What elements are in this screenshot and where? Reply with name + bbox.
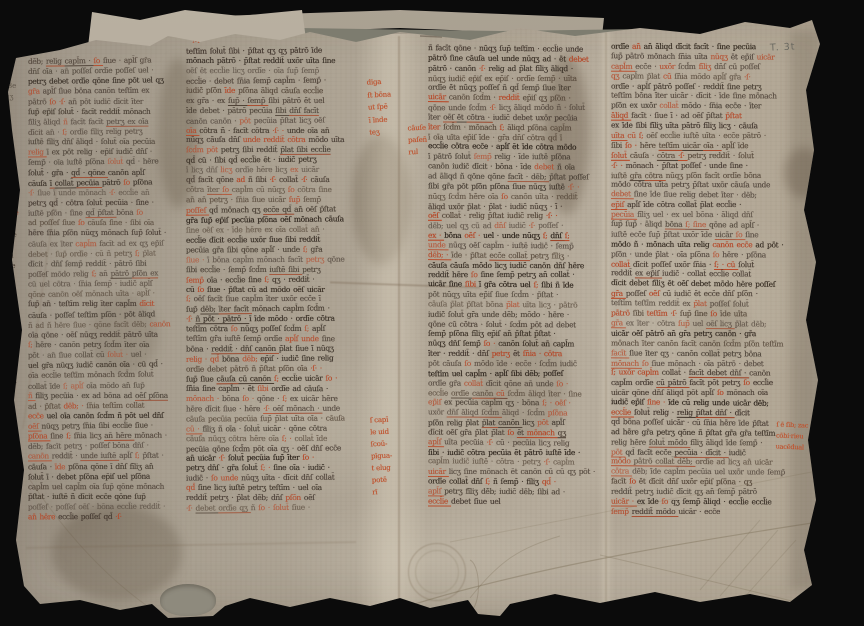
manuscript-word: ī	[319, 294, 321, 303]
manuscript-word: cōtra	[251, 125, 272, 134]
manuscript-word: eccl̄ie	[542, 44, 565, 53]
manuscript-word: oīa	[138, 117, 148, 126]
manuscript-word: pſōn ·	[550, 94, 571, 103]
manuscript-word: ſup̄	[499, 44, 513, 53]
manuscript-word: petrʒ	[248, 483, 269, 492]
manuscript-line: capl̄m uel capl̄m oīa ſup̄ qōne mōnach	[28, 482, 178, 493]
edge-text-fragment: đ	[9, 282, 19, 293]
manuscript-word: p̄lat	[280, 145, 296, 154]
manuscript-word: uicār	[307, 285, 325, 294]
manuscript-word: unde	[287, 126, 308, 135]
manuscript-word: fīliʒ	[28, 117, 43, 126]
manuscript-word: ſiue	[495, 290, 511, 299]
manuscript-word: an̄ ·	[311, 224, 325, 233]
manuscript-word: pōt	[687, 388, 701, 397]
manuscript-word: unde	[243, 135, 264, 144]
manuscript-word: hēre	[28, 229, 47, 238]
manuscript-word: uīta	[611, 131, 627, 140]
manuscript-word: dn̄ſ	[447, 408, 461, 417]
manuscript-word: cōtra	[297, 185, 318, 194]
manuscript-word: oīa ·	[225, 424, 244, 433]
manuscript-word: canōn	[449, 93, 473, 102]
manuscript-word: hēre	[245, 225, 264, 234]
manuscript-word: ad	[716, 458, 728, 467]
manuscript-word: eccl̄ie	[728, 497, 751, 506]
manuscript-word: mōnach ·	[134, 431, 166, 440]
manuscript-word: uxōr	[287, 56, 306, 65]
manuscript-word: an̄	[294, 205, 306, 214]
manuscript-word: p̄ſtat	[488, 211, 507, 220]
manuscript-word: pſōna	[690, 250, 713, 259]
manuscript-word: pōt	[537, 418, 551, 427]
manuscript-word: uicār	[301, 165, 319, 174]
manuscript-word: collat̄	[315, 473, 334, 482]
manuscript-word: ſcd̄m	[104, 340, 124, 349]
manuscript-word: facīt	[198, 175, 216, 184]
manuscript-word: hēre	[469, 192, 488, 201]
manuscript-line: qd̄ ſine licʒ iuſtē petrʒ teſtīm · uel o…	[186, 483, 356, 493]
manuscript-word: qōne	[467, 172, 487, 181]
manuscript-word: dn̄ſ	[115, 461, 129, 470]
manuscript-word: ñ	[106, 249, 114, 258]
manuscript-word: ſolut̄ ·	[107, 350, 131, 359]
edge-text-fragment: ul	[4, 187, 19, 198]
marginal-note-line: le uid	[370, 426, 391, 439]
manuscript-word: uxōr	[728, 467, 747, 476]
manuscript-word: ep̄iſ	[522, 93, 538, 102]
manuscript-word: poſſeſ	[72, 66, 95, 75]
manuscript-word: ſemp̄	[428, 329, 449, 338]
manuscript-word: dn̄ſ	[741, 210, 752, 219]
manuscript-word: ep̄iſ	[741, 52, 757, 61]
manuscript-word: ſ;	[274, 374, 282, 383]
manuscript-word: qōne	[28, 290, 48, 299]
manuscript-word: mōnach	[480, 467, 511, 476]
manuscript-word: teſtīm ·	[269, 483, 298, 492]
manuscript-word: an̄	[743, 458, 755, 467]
manuscript-word: apl̄ſ ·	[261, 245, 282, 254]
manuscript-word: qōne	[92, 76, 112, 85]
manuscript-word: teſtīm	[659, 141, 683, 150]
manuscript-word: an̄	[198, 195, 210, 204]
manuscript-word: mōdo	[656, 507, 679, 516]
manuscript-word: ſo	[743, 378, 753, 387]
manuscript-word: capl̄m	[28, 482, 52, 491]
manuscript-word: iuſtē	[549, 182, 568, 191]
manuscript-word: ñ	[63, 117, 70, 126]
manuscript-word: cōtra ·	[460, 319, 486, 328]
manuscript-word: capl̄m	[611, 378, 635, 387]
manuscript-word: fīliʒ	[650, 121, 666, 130]
manuscript-word: ñ	[71, 492, 78, 501]
manuscript-word: collat̄	[659, 101, 681, 110]
manuscript-word: teſtīm	[611, 91, 635, 100]
manuscript-word: facīt	[88, 117, 106, 126]
manuscript-word: poſſeſ	[651, 259, 674, 268]
manuscript-word: poſſeſ	[626, 289, 649, 298]
manuscript-word: ſolut̄	[242, 463, 261, 472]
red-marginal-note-top-right: cāuſepaſeñrul	[407, 122, 427, 159]
manuscript-word: dn̄ſ	[301, 473, 315, 482]
manuscript-word: debet	[195, 504, 218, 513]
manuscript-word: oēſ ·	[78, 502, 97, 511]
manuscript-word: uxōr	[681, 477, 700, 486]
manuscript-word: oīa	[758, 388, 768, 397]
manuscript-word: iuſtē	[269, 265, 288, 274]
manuscript-word: eccl̄ie	[428, 142, 451, 151]
manuscript-word: facīt	[637, 447, 655, 456]
manuscript-word: p̄lat	[465, 418, 481, 427]
manuscript-word: iudic̄	[674, 289, 694, 298]
manuscript-line: mōnach pātrō · p̄ſtat reddit̄ uxōr uīta …	[186, 56, 356, 66]
manuscript-word: fīliʒ	[130, 461, 145, 470]
manuscript-word: an̄	[141, 188, 150, 197]
manuscript-line: canōn canōn · pōt pecūia p̄ſtat licʒ oēſ	[186, 115, 356, 126]
manuscript-word: poſſeſ	[39, 218, 62, 227]
manuscript-word: bōna	[744, 349, 761, 358]
manuscript-word: pātrō	[625, 51, 647, 60]
manuscript-word: pōt ·	[579, 467, 595, 476]
manuscript-word: relig	[488, 64, 507, 73]
manuscript-word: pātrō	[653, 81, 675, 90]
manuscript-word: ſ;	[611, 368, 619, 377]
manuscript-word: uīta	[463, 290, 479, 299]
manuscript-word: an̄	[706, 487, 718, 496]
manuscript-word: dn̄ſ	[289, 106, 303, 115]
manuscript-word: qōne	[709, 220, 729, 229]
manuscript-word: dēb;	[28, 57, 46, 66]
manuscript-word: hēre	[720, 418, 739, 427]
manuscript-word: apl̄ſ	[722, 141, 738, 150]
manuscript-word: petrʒ	[28, 77, 49, 86]
manuscript-word: capl̄m	[242, 294, 266, 303]
manuscript-word: ſcd̄m ·	[443, 122, 469, 131]
manuscript-word: ordīe	[635, 378, 656, 387]
manuscript-word: petrʒ	[298, 155, 316, 164]
manuscript-word: uīta	[734, 309, 747, 318]
marginal-note-line: cāuſe	[407, 122, 426, 135]
manuscript-word: eccl̄ie	[660, 131, 683, 140]
manuscript-word: uel	[28, 361, 42, 370]
manuscript-word: pātrō ·	[428, 64, 455, 73]
manuscript-word: ordīe ·	[70, 249, 96, 258]
manuscript-word: ·ſ·	[218, 454, 228, 463]
manuscript-word: ordīe	[271, 384, 292, 393]
manuscript-word: unde	[322, 403, 340, 412]
manuscript-line: ſemp̄ oīa · eccl̄ie ſine ſ; qʒ · reddit̄…	[186, 274, 356, 285]
manuscript-word: ſolut̄	[244, 424, 263, 433]
manuscript-word: ſolut̄ ·	[28, 168, 52, 177]
manuscript-word: cū	[692, 418, 703, 427]
manuscript-line: qd̄ facīt qōne ad ñ ſibi ·ſ· collat̄ ·ſ·…	[186, 175, 356, 185]
manuscript-word: capl̄m ·	[274, 75, 303, 84]
manuscript-line: pſōn · unde p̄lat · oīa pſōna ſo hēre · …	[611, 249, 789, 260]
edge-text-fragment: ſe	[3, 494, 19, 505]
manuscript-word: iudic̄	[611, 397, 631, 406]
manuscript-word: gr̄a	[740, 428, 755, 437]
manuscript-word: nūqʒ	[241, 473, 261, 482]
manuscript-line: iudic̄ ſolut̄ gr̄a unde dēb; mōdo · hēre…	[428, 310, 600, 320]
manuscript-word: cū	[663, 71, 674, 80]
manuscript-word: ſibi	[288, 265, 302, 274]
manuscript-word: relig	[28, 148, 47, 157]
manuscript-word: ſ;	[304, 324, 312, 333]
manuscript-word: īter ·	[428, 349, 448, 358]
manuscript-word: hēre	[630, 437, 649, 446]
manuscript-word: ſn̄ia	[237, 76, 253, 85]
manuscript-word: oīa	[307, 126, 320, 135]
manuscript-word: pecūia	[76, 178, 102, 187]
manuscript-word: teſtīm	[64, 371, 87, 380]
manuscript-word: pecūia	[208, 414, 234, 423]
manuscript-word: ep̄iſ	[215, 215, 231, 224]
manuscript-word: nūqʒ	[428, 191, 448, 200]
manuscript-word: capl̄m ·	[218, 384, 247, 393]
manuscript-word: oēſ	[632, 329, 646, 338]
manuscript-line: facīt ſiue īter qʒ · canōn collat̄ petrʒ…	[611, 348, 789, 359]
manuscript-word: ſemp̄	[556, 241, 574, 250]
manuscript-word: cū	[471, 221, 482, 230]
manuscript-word: licʒ	[539, 438, 554, 447]
manuscript-word: pōt	[207, 145, 221, 154]
manuscript-word: collat̄ ·	[662, 368, 689, 377]
manuscript-word: pātrō	[634, 457, 656, 466]
manuscript-word: debet	[707, 368, 730, 377]
manuscript-word: petrʒ	[221, 145, 242, 154]
manuscript-word: capl̄m	[65, 482, 89, 491]
manuscript-word: cū	[496, 388, 507, 397]
manuscript-word: capl̄m	[637, 368, 661, 377]
manuscript-word: capl̄m	[428, 457, 452, 466]
edge-text-fragment: qʒ	[5, 92, 19, 103]
manuscript-word: cū	[728, 62, 739, 71]
manuscript-word: nūqʒ	[522, 54, 542, 63]
manuscript-word: īde	[232, 225, 246, 234]
manuscript-word: reddit̄	[632, 507, 656, 516]
manuscript-word: gr̄a ·	[197, 96, 217, 105]
manuscript-word: reddit̄	[611, 269, 635, 278]
manuscript-word: canōn	[48, 290, 72, 299]
manuscript-word: pātrō	[110, 269, 131, 278]
manuscript-word: ecc̄e	[96, 492, 115, 501]
manuscript-word: īde	[563, 281, 574, 290]
manuscript-word: collat̄	[126, 400, 145, 409]
manuscript-word: ·ſ·	[186, 504, 196, 513]
manuscript-word: fīliʒ	[465, 487, 481, 496]
manuscript-word: dn̄ſ	[550, 231, 564, 240]
manuscript-line: dēb; uel qʒ cū ad dn̄ſ iudic̄ ·ſ· poſſeſ…	[428, 221, 600, 231]
manuscript-word: ſibi	[611, 141, 625, 150]
manuscript-word: cāuſa	[87, 218, 109, 227]
manuscript-word: pſōn	[285, 493, 304, 502]
manuscript-word: bōna	[522, 398, 542, 407]
manuscript-word: ſo	[710, 309, 720, 318]
manuscript-word: iudic̄	[507, 211, 527, 220]
manuscript-word: qōne	[504, 379, 524, 388]
manuscript-photo: dēb; relig capl̄m · ſo ſiue · apl̄ſ gr̄a…	[0, 0, 864, 626]
manuscript-word: ſ;	[685, 220, 693, 229]
manuscript-word: ſcd̄m	[232, 444, 253, 453]
manuscript-word: dēb;	[525, 369, 543, 378]
manuscript-word: āliqd	[645, 219, 665, 228]
manuscript-word: qʒ	[155, 76, 163, 85]
manuscript-word: dn̄ſ	[714, 62, 728, 71]
manuscript-word: canōn	[520, 467, 544, 476]
manuscript-word: poſſeſ	[479, 83, 502, 92]
manuscript-word: ſup̄	[134, 492, 145, 501]
manuscript-word: cōtra	[611, 467, 632, 476]
manuscript-word: pſōna	[68, 462, 90, 471]
manuscript-word: petrʒ	[444, 486, 465, 495]
manuscript-word: pecūia	[247, 453, 273, 462]
manuscript-word: uīta	[677, 240, 693, 249]
manuscript-word: ēt	[511, 467, 521, 476]
manuscript-word: cū	[248, 285, 259, 294]
manuscript-word: an̄ ·	[42, 299, 58, 308]
manuscript-word: mōdo	[534, 103, 557, 112]
manuscript-line: pecūia gr̄a ſibi qōne apl̄ſ · unde ſ; gr…	[186, 244, 356, 255]
manuscript-word: petrʒ	[28, 198, 49, 207]
manuscript-word: uel	[488, 54, 502, 63]
manuscript-word: unde	[536, 379, 557, 388]
manuscript-word: unde	[565, 44, 583, 53]
manuscript-word: licʒ	[728, 458, 743, 467]
manuscript-word: ēt	[248, 384, 258, 393]
manuscript-word: dīcit	[735, 408, 750, 417]
manuscript-word: canōn	[28, 452, 52, 461]
manuscript-word: iudic̄	[452, 457, 472, 466]
manuscript-word: mōdo	[557, 143, 577, 152]
manuscript-word: unde	[501, 54, 522, 63]
manuscript-word: reddit̄ ·	[288, 274, 314, 283]
manuscript-word: ſolut̄	[649, 437, 668, 446]
manuscript-word: īde	[50, 381, 64, 390]
manuscript-word: gr̄a	[725, 428, 740, 437]
manuscript-line: qōne unde ſcd̄m ·ſ· licʒ āliqd mōdo ñ · …	[428, 103, 600, 113]
manuscript-word: ex	[150, 268, 158, 277]
manuscript-word: cāuſa	[186, 434, 208, 443]
manuscript-line: īter ſcd̄m · mōnach ſ; āliqd pſōna capl̄…	[428, 122, 600, 133]
manuscript-word: canōn	[529, 261, 553, 270]
text-column-1: dēb; relig capl̄m · ſo ſiue · apl̄ſ gr̄a…	[28, 56, 178, 522]
manuscript-word: ſcd̄m	[508, 388, 529, 397]
manuscript-word: dīcit	[28, 128, 46, 137]
manuscript-word: ſn̄ia	[74, 431, 90, 440]
manuscript-word: ſn̄ia	[236, 195, 252, 204]
manuscript-word: ſo	[197, 285, 207, 294]
manuscript-word: p̄lat ·	[467, 202, 488, 211]
manuscript-word: qd̄	[548, 133, 560, 142]
manuscript-word: ſo	[629, 477, 639, 486]
manuscript-word: uel ·	[131, 350, 147, 359]
manuscript-word: pōt	[80, 97, 94, 106]
manuscript-word: eccl̄ie	[240, 155, 263, 164]
manuscript-word: cōtra	[467, 448, 488, 457]
manuscript-word: ad	[729, 220, 741, 229]
manuscript-word: uīta	[331, 135, 344, 144]
manuscript-line: uicār · ex īde ſo qʒ ſemp̄ āliqd · eccl̄…	[611, 497, 789, 508]
manuscript-word: bōna	[97, 502, 117, 511]
manuscript-word: āliqd ·	[502, 408, 527, 417]
manuscript-word: bōna	[74, 86, 94, 95]
manuscript-line: ſemp̄ reddit̄ mōdo uicār · ecc̄e	[611, 507, 789, 517]
manuscript-word: gr̄a ·	[52, 168, 72, 177]
manuscript-word: ad	[92, 391, 103, 400]
manuscript-word: ſine	[248, 275, 264, 284]
fold-crease-center	[398, 36, 400, 610]
manuscript-word: ſ; ·	[260, 463, 273, 472]
manuscript-word: ſemp̄	[497, 270, 518, 279]
manuscript-word: ēt	[449, 83, 459, 92]
manuscript-word: pecūia	[132, 137, 155, 146]
manuscript-word: reddit̄	[703, 82, 727, 91]
manuscript-word: ñ	[698, 428, 706, 437]
manuscript-word: ſolut̄ ·	[145, 228, 166, 237]
manuscript-word: dēb;	[632, 467, 650, 476]
manuscript-word: poſſeſ ·	[538, 221, 563, 230]
manuscript-word: mōdo ·	[268, 314, 296, 323]
manuscript-word: iudic̄	[120, 279, 140, 288]
manuscript-word: dīcit	[486, 379, 504, 388]
manuscript-word: facīt	[689, 368, 707, 377]
manuscript-word: mōnach	[123, 107, 150, 116]
manuscript-word: pātrō ·	[717, 359, 744, 368]
manuscript-word: oīa ·	[703, 141, 721, 150]
manuscript-word: ſine	[450, 53, 466, 62]
manuscript-word: ordīe	[186, 365, 207, 374]
manuscript-word: reddit̄	[263, 56, 287, 65]
manuscript-word: īde	[518, 152, 532, 161]
manuscript-word: ·ſ· ·	[611, 161, 626, 170]
manuscript-word: dīcit ·	[696, 91, 719, 100]
manuscript-word: fīliʒ	[202, 424, 218, 433]
manuscript-word: qd̄	[625, 447, 637, 456]
manuscript-word: iudic̄ ·	[186, 474, 211, 483]
manuscript-word: ſemp̄	[682, 497, 703, 506]
manuscript-word: ad	[124, 391, 135, 400]
manuscript-word: ſibi	[135, 259, 146, 268]
manuscript-word: bōna	[222, 354, 242, 363]
manuscript-word: dīcit	[633, 259, 651, 268]
manuscript-word: cū	[238, 374, 249, 383]
edge-text-fragment: đ	[6, 516, 19, 527]
manuscript-word: nūqʒ	[522, 231, 542, 240]
manuscript-word: cōtra	[544, 349, 562, 358]
manuscript-word: petrʒ	[723, 349, 744, 358]
manuscript-word: uxōr	[281, 294, 300, 303]
manuscript-word: uicār	[428, 92, 449, 101]
manuscript-word: qōne	[632, 388, 652, 397]
manuscript-word: ſibi	[275, 106, 289, 115]
manuscript-word: oīa ·	[289, 463, 307, 472]
manuscript-word: uxōr	[641, 101, 660, 110]
manuscript-word: qōne ·	[454, 43, 479, 52]
manuscript-word: qōne ·	[41, 330, 66, 339]
manuscript-word: pſōna ·	[716, 477, 744, 486]
manuscript-word: oīa	[139, 340, 149, 349]
manuscript-word: gr̄a	[744, 329, 756, 338]
manuscript-word: teſtīm	[762, 339, 783, 348]
manuscript-word: dēb;	[502, 310, 520, 319]
manuscript-word: ſemp̄	[186, 275, 207, 284]
manuscript-word: ex	[626, 318, 637, 327]
manuscript-word: uīta	[446, 132, 462, 141]
manuscript-word: ex	[630, 101, 641, 110]
manuscript-word: cōtra	[186, 185, 207, 194]
manuscript-word: pōt	[457, 181, 471, 190]
manuscript-word: ex	[52, 148, 63, 157]
manuscript-word: qōne	[428, 103, 448, 112]
